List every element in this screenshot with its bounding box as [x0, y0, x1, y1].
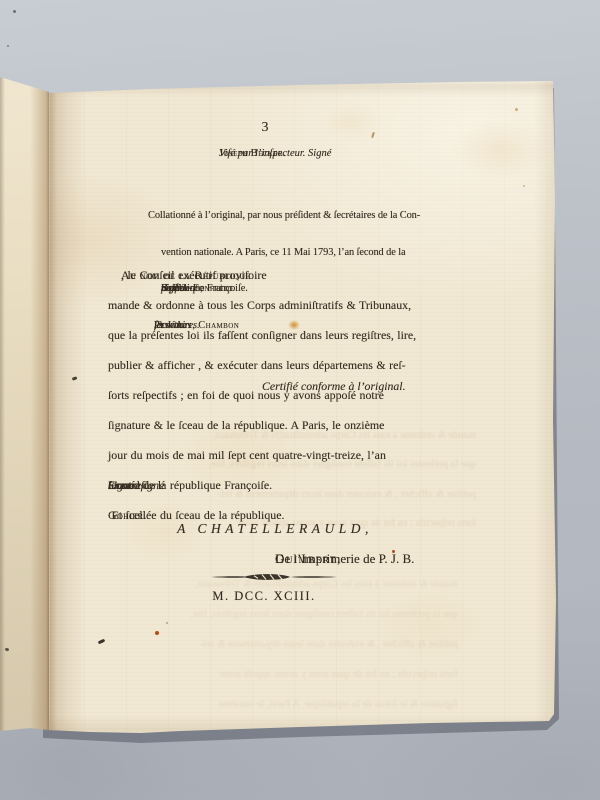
text-segment — [455, 757, 458, 772]
text-segment: publier & afficher , & exécuter dans leu… — [108, 358, 406, 373]
text-segment: Signé — [435, 757, 458, 772]
text-segment: Lebrun. — [422, 757, 458, 772]
foxing-spot — [515, 108, 518, 111]
background-speck — [13, 10, 16, 13]
foxing-spot — [155, 631, 159, 635]
text-segment: mande & ordonne à tous les Corps adminiſ… — [108, 298, 411, 313]
text-segment: Collationné à l’original, par nous préſi… — [148, 207, 420, 225]
text-segment: ſignature & le ſceau de la république. A… — [108, 418, 384, 433]
document-page: mande & ordonne à tous les Corps adminiſ… — [0, 0, 600, 800]
text-segment: Joseph Becker. — [219, 148, 286, 159]
paper-speck — [166, 622, 168, 624]
certification-line: Certifié conforme à l’original. — [262, 379, 406, 394]
ink-speck — [98, 639, 106, 645]
text-segment: que la préſentes loi ils faſſent conſign… — [190, 607, 458, 622]
text-segment: Contreſigné — [108, 478, 164, 493]
ink-bleedthrough: mande & ordonne à tous les Corps adminiſ… — [128, 547, 458, 787]
printer-ornament-icon — [210, 572, 338, 582]
foxing-mark — [371, 132, 375, 138]
collation-block: Collationné à l’original, par nous préſi… — [148, 170, 163, 354]
background-speck — [7, 45, 9, 47]
page-number: 3 — [250, 120, 280, 136]
imprint-year: M. DCC. XCIII. — [176, 589, 352, 604]
ink-speck — [72, 376, 78, 380]
decree-paragraph: Au nom de la République, le Conſeil exéc… — [108, 238, 129, 538]
text-segment — [455, 757, 458, 772]
text-segment: vention nationale. A Paris, ce 11 Mai 17… — [161, 244, 406, 262]
text-segment: jour du mois de mai mil ſept cent quatre… — [108, 448, 386, 463]
text-segment: ſorts reſpectifs ; en foi de quoi nous y… — [219, 667, 458, 682]
text-segment: ſignature & le ſceau de la république. A… — [218, 697, 458, 712]
text-segment: Contreſigné — [408, 757, 458, 772]
imprint-city: A CHATELLERAULD, — [150, 521, 400, 537]
text-segment: ſecond de la république Françoiſe. — [312, 757, 458, 772]
text-segment: publier & afficher , & exécuter dans leu… — [200, 637, 458, 652]
foxing-spot — [523, 185, 525, 187]
text-segment: Guimbert, — [275, 551, 342, 567]
text-segment: que la préſentes loi ils faſſent conſign… — [108, 328, 416, 343]
text-segment: , le Conſeil exécutif proviſoire — [121, 268, 267, 283]
photograph-of-booklet: mande & ordonne à tous les Corps adminiſ… — [0, 0, 600, 800]
text-segment: préſident ; — [161, 280, 203, 298]
